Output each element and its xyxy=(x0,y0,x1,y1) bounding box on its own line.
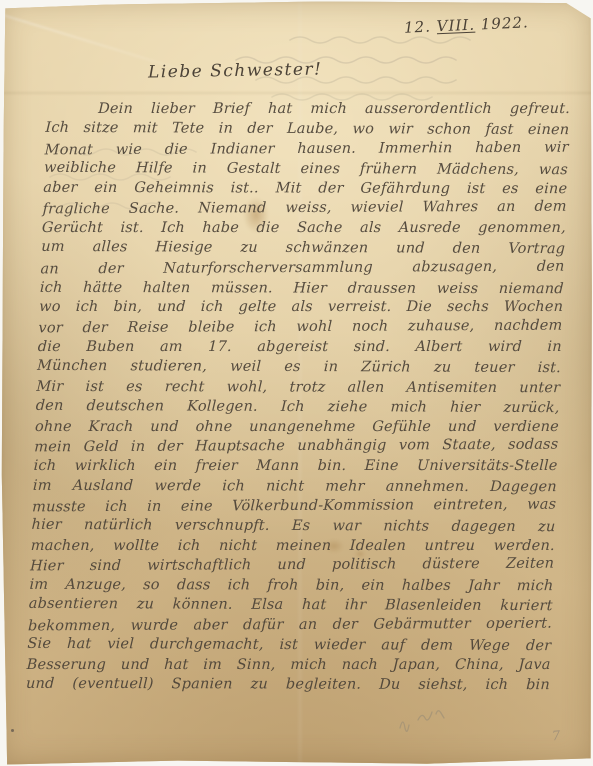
pencil-page-number: 7 xyxy=(551,729,561,745)
letter-line: bekommen, wurde aber dafür an der Gebärm… xyxy=(28,615,553,638)
letter-date: 12. VIII. 1922. xyxy=(404,13,529,36)
letter-line: mein Geld in der Hauptsache unabhängig v… xyxy=(34,436,559,459)
letter-page: 12. VIII. 1922. Liebe Schwester! Dein li… xyxy=(0,0,593,766)
letter-line: um alles Hiesige zu schwänzen und den Vo… xyxy=(41,238,566,260)
letter-line: absentieren zu können. Elsa hat ihr Blas… xyxy=(28,595,553,617)
letter-body: Dein lieber Brief hat mich ausserordentl… xyxy=(26,100,571,695)
date-year: 1922. xyxy=(481,13,530,33)
letter-line: Sie hat viel durchgemacht, ist wieder au… xyxy=(27,635,552,657)
letter-line: Dein lieber Brief hat mich ausserordentl… xyxy=(46,100,571,120)
letter-line: Mir ist es recht wohl, trotz allen Antis… xyxy=(36,378,561,399)
letter-line: wo ich bin, und ich gelte als verreist. … xyxy=(39,298,564,318)
letter-line: Besserung und hat im Sinn, mich nach Jap… xyxy=(26,656,551,676)
letter-line: ich hätte halten müssen. Hier draussen w… xyxy=(39,278,564,299)
letter-line: im Ausland werde ich nicht mehr annehmen… xyxy=(33,477,558,498)
letter-line: im Anzuge, so dass ich froh bin, ein hal… xyxy=(29,576,554,597)
letter-line: Gerücht ist. Ich habe die Sache als Ausr… xyxy=(42,219,567,239)
letter-line: Ich sitze mit Tete in der Laube, wo wir … xyxy=(45,119,570,141)
letter-line: musste ich in eine Völkerbund-Kommission… xyxy=(32,496,557,519)
letter-scan: 12. VIII. 1922. Liebe Schwester! Dein li… xyxy=(0,0,593,766)
letter-line: den deutschen Kollegen. Ich ziehe mich h… xyxy=(35,397,560,419)
paper-crease xyxy=(0,92,593,94)
letter-line: München studieren, weil es in Zürich zu … xyxy=(37,357,562,379)
letter-salutation: Liebe Schwester! xyxy=(148,59,323,82)
letter-line: an der Naturforscherversammlung abzusage… xyxy=(40,257,565,280)
pencil-scribble xyxy=(392,704,462,744)
date-month: VIII. xyxy=(437,16,476,36)
ink-speck xyxy=(11,729,14,732)
letter-line: fragliche Sache. Niemand weiss, wieviel … xyxy=(42,198,567,221)
date-day: 12. xyxy=(404,18,432,37)
letter-line: Monat wie die Indianer hausen. Immerhin … xyxy=(44,138,569,161)
letter-line: ohne Krach und ohne unangenehme Gefühle … xyxy=(35,418,560,438)
letter-line: die Buben am 17. abgereist sind. Albert … xyxy=(37,338,562,358)
letter-line: weibliche Hilfe in Gestalt eines frühern… xyxy=(44,158,569,180)
letter-line: und (eventuell) Spanien zu begleiten. Du… xyxy=(26,675,551,696)
letter-line: machen, wollte ich nicht meinen Idealen … xyxy=(30,537,555,557)
letter-line: ich wirklich ein freier Mann bin. Eine U… xyxy=(33,457,558,477)
letter-line: vor der Reise bleibe ich wohl noch zuhau… xyxy=(38,317,563,340)
letter-line: hier natürlich verschnupft. Es war nicht… xyxy=(31,516,556,538)
letter-line: Hier sind wirtschaftlich und politisch d… xyxy=(30,555,555,578)
